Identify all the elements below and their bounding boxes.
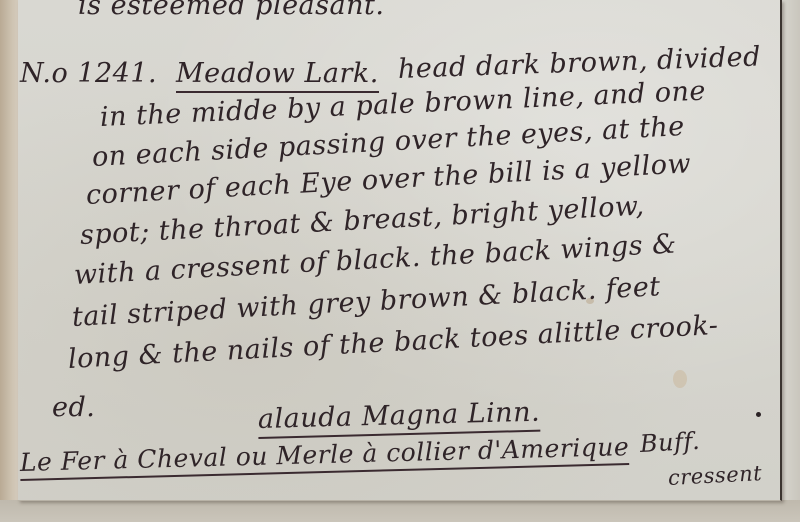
attribution: Buff. [639,427,701,458]
description-line: ed. [52,392,95,423]
paper-stain [673,370,687,388]
species-title: Meadow Lark. [176,58,379,93]
entry-number: N.o 1241. [20,58,157,89]
page-bottom-edge [0,500,800,522]
underlying-page-edge [780,0,800,522]
margin-note: cressent [667,461,762,490]
line-continuation: is esteemed pleasant. [78,0,384,21]
ink-dot [756,412,761,417]
latin-name: alauda Magna Linn. [258,397,541,439]
